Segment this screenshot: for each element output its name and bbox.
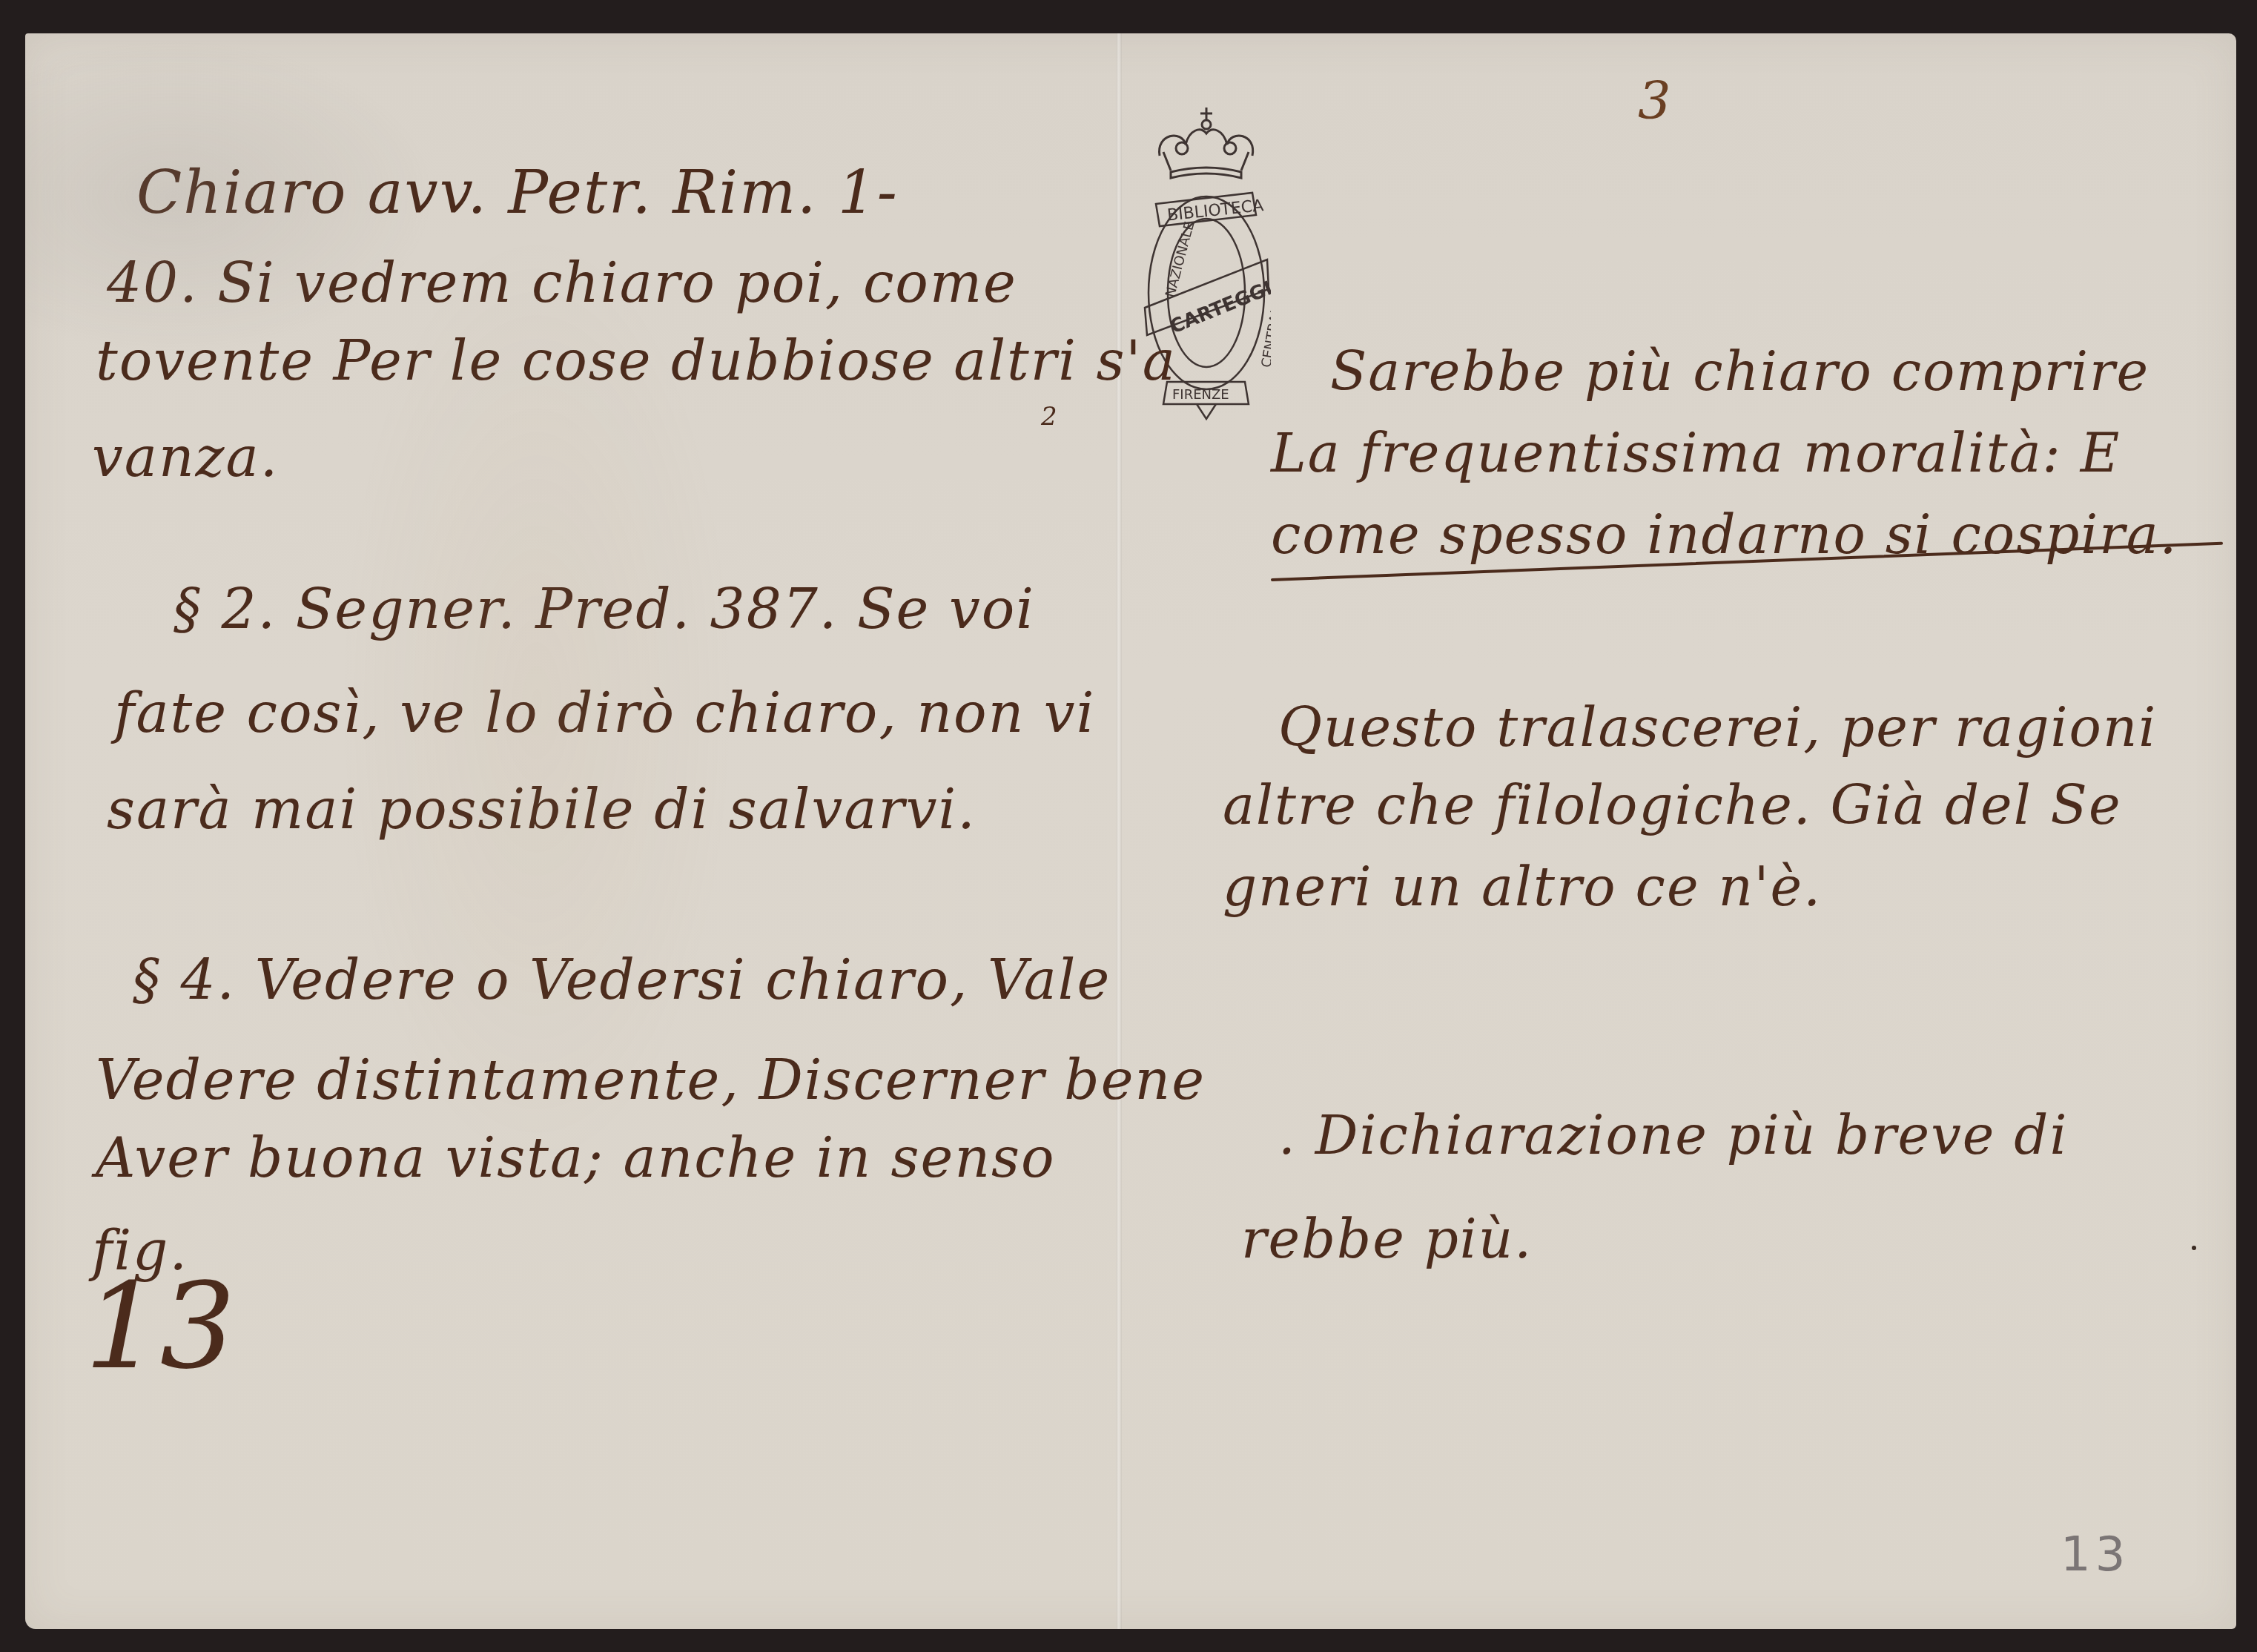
text-line: 40. Si vedrem chiaro poi, come [107, 256, 1017, 311]
stamp-bottom-text: FIRENZE [1172, 387, 1229, 403]
text-line: rebbe più. [1241, 1212, 1533, 1266]
marginal-mark: 2 [1041, 404, 1059, 429]
flourish-number: 13 [85, 1257, 236, 1395]
text-line: fate così, ve lo dirò chiaro, non vi [114, 686, 1095, 741]
text-line: sarà mai possibile di salvarvi. [107, 782, 977, 837]
text-line: Vedere distintamente, Discerner bene [96, 1053, 1206, 1108]
text-line: altre che filologiche. Già del Se [1223, 779, 2122, 832]
stamp-center-text: CARTEGGI [1167, 277, 1271, 338]
text-line: Chiaro avv. Petr. Rim. 1- [136, 163, 899, 222]
text-line: § 2. Segner. Pred. 387. Se voi [174, 582, 1035, 637]
center-fold [1116, 33, 1122, 1629]
text-line: Questo tralascerei, per ragioni [1278, 701, 2157, 754]
text-line: tovente Per le cose dubbiose altri s'a [96, 334, 1177, 389]
archive-folio-number: 13 [2061, 1527, 2129, 1582]
text-line: . Dichiarazione più breve di [1278, 1109, 2068, 1162]
text-line: vanza. [92, 430, 279, 485]
manuscript-page: 3 BIBLIOTECA CARTEGGI NAZION [25, 33, 2236, 1629]
text-line: Aver buona vista; anche in senso [96, 1131, 1056, 1186]
crown-icon [1160, 108, 1253, 178]
text-line: Sarebbe più chiaro comprire [1330, 345, 2149, 398]
text-line: § 4. Vedere o Vedersi chiaro, Vale [133, 953, 1111, 1008]
stamp-right-text: CENTRALE [1258, 297, 1271, 369]
page-number: 3 [1638, 70, 1671, 131]
text-line: La frequentissima moralità: E [1271, 426, 2121, 480]
stamp-left-text: NAZIONALE [1163, 220, 1197, 300]
text-line: gneri un altro ce n'è. [1223, 860, 1822, 913]
ink-speck [2192, 1246, 2196, 1250]
text-line: come spesso indarno si cospira. [1271, 508, 2178, 561]
